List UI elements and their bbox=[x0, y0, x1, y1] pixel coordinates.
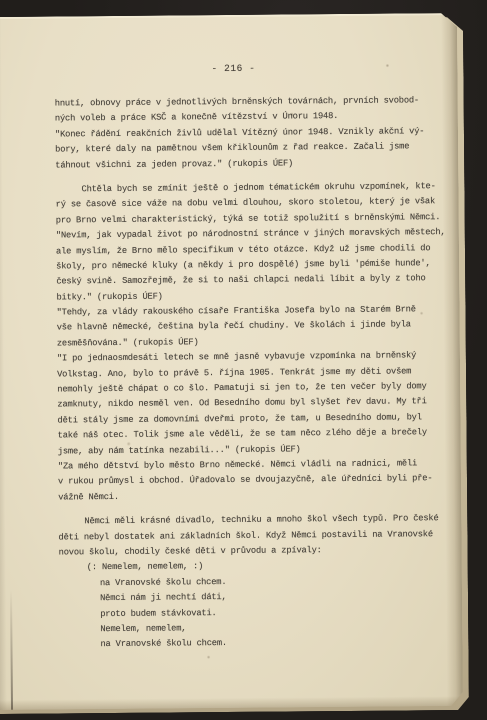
text-line: vážně Němci. bbox=[58, 487, 458, 506]
binding-gutter-line bbox=[10, 590, 13, 710]
text-line: táhnout všichni za jeden provaz." (rukop… bbox=[55, 155, 455, 174]
scan-background: - 216 - hnutí, obnovy práce v jednotlivý… bbox=[0, 0, 487, 720]
document-page: - 216 - hnutí, obnovy práce v jednotlivý… bbox=[0, 13, 463, 710]
page-left-gutter-shade bbox=[0, 17, 7, 710]
text-line: na Vranovské školu chcem. bbox=[59, 634, 459, 653]
page-top-edge-highlight bbox=[0, 13, 457, 19]
page-number: - 216 - bbox=[211, 63, 255, 74]
page-text: hnutí, obnovy práce v jednotlivých brněn… bbox=[55, 93, 460, 653]
